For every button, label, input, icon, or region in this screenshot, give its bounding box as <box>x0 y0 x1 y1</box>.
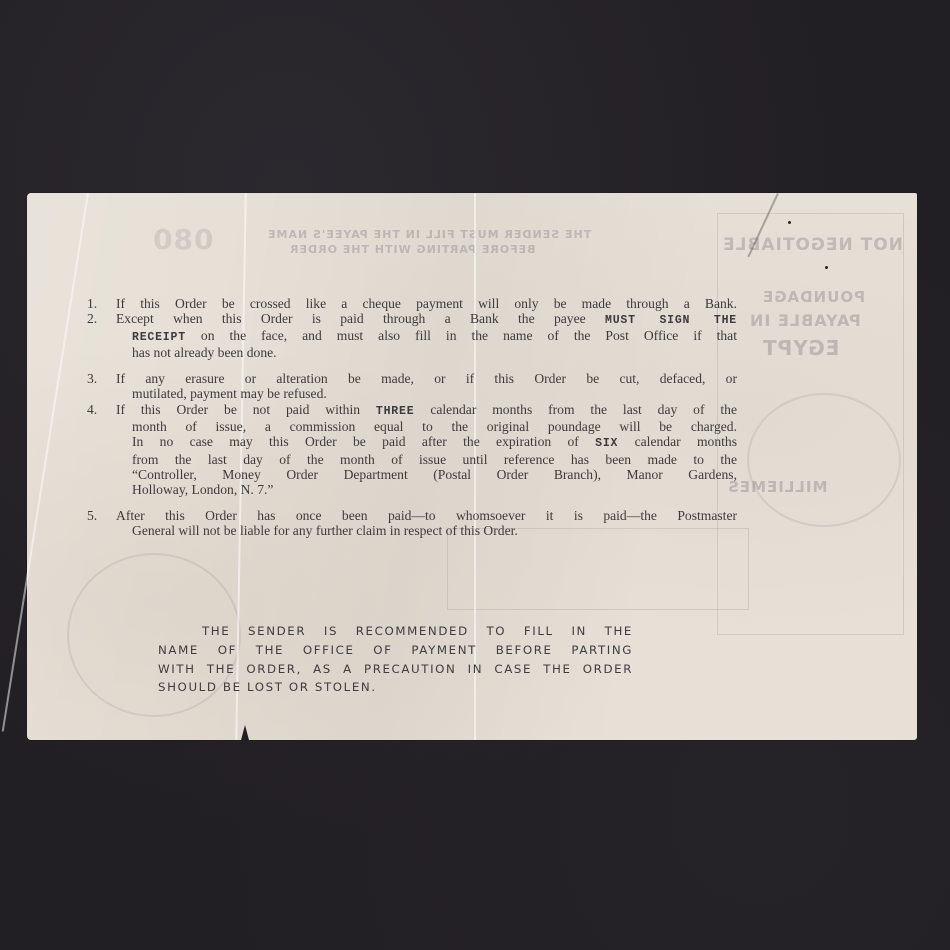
condition-text: If this Order be crossed like a cheque p… <box>87 296 737 311</box>
condition-text-part: on the face, and must also fill in the n… <box>201 328 737 343</box>
condition-text: month of issue, a commission equal to th… <box>87 419 737 434</box>
show-through-poundage: POUNDAGE <box>762 288 865 306</box>
condition-text: “Controller, Money Order Department (Pos… <box>87 467 737 482</box>
condition-text-part: Except when this Order is paid through a… <box>116 311 586 326</box>
condition-3: 3. If any erasure or alteration be made,… <box>87 371 717 401</box>
condition-text: Except when this Order is paid through a… <box>87 311 737 328</box>
condition-text-part: calendar months from the last day of the <box>430 402 737 417</box>
emphasis-must-sign: MUST SIGN THE <box>605 314 737 327</box>
condition-text: Holloway, London, N. 7.” <box>87 482 737 497</box>
condition-number: 2. <box>87 311 97 326</box>
condition-5: 5. After this Order has once been paid—t… <box>87 508 717 538</box>
condition-text: In no case may this Order be paid after … <box>87 434 737 451</box>
emphasis-three: THREE <box>376 405 415 418</box>
condition-text-part: In no case may this Order be paid after … <box>132 434 579 449</box>
condition-number: 3. <box>87 371 97 386</box>
show-through-frame-center <box>447 528 749 610</box>
condition-number: 4. <box>87 402 97 417</box>
show-through-crest-right <box>747 393 901 527</box>
edge-tear <box>241 725 249 740</box>
condition-text: has not already been done. <box>87 345 737 360</box>
ink-speck <box>788 221 791 224</box>
condition-text: mutilated, payment may be refused. <box>87 386 737 401</box>
condition-text-part: If this Order be not paid within <box>116 402 360 417</box>
notice-line: WITH THE ORDER, AS A PRECAUTION IN CASE … <box>158 660 633 679</box>
emphasis-receipt: RECEIPT <box>132 331 186 344</box>
show-through-top-line-2: BEFORE PARTING WITH THE ORDER <box>289 243 536 256</box>
condition-text: After this Order has once been paid—to w… <box>87 508 737 523</box>
show-through-egypt: EGYPT <box>762 336 839 360</box>
condition-number: 5. <box>87 508 97 523</box>
condition-text: If this Order be not paid within THREE c… <box>87 402 737 419</box>
condition-text: from the last day of the month of issue … <box>87 452 737 467</box>
condition-text-part: calendar months <box>635 434 737 449</box>
postal-order-reverse: 080 THE SENDER MUST FILL IN THE PAYEE'S … <box>27 193 917 740</box>
condition-number: 1. <box>87 296 97 311</box>
condition-text: RECEIPT on the face, and must also fill … <box>87 328 737 345</box>
sender-notice: THE SENDER IS RECOMMENDED TO FILL IN THE… <box>158 622 633 697</box>
show-through-payable-in: PAYABLE IN <box>749 311 861 330</box>
notice-line: NAME OF THE OFFICE OF PAYMENT BEFORE PAR… <box>158 641 633 660</box>
ink-speck <box>825 266 828 269</box>
condition-4: 4. If this Order be not paid within THRE… <box>87 402 717 497</box>
condition-text: General will not be liable for any furth… <box>87 523 737 538</box>
emphasis-six: SIX <box>595 437 618 450</box>
condition-2: 2. Except when this Order is paid throug… <box>87 311 717 361</box>
notice-line: SHOULD BE LOST OR STOLEN. <box>158 678 633 697</box>
show-through-top-line-1: THE SENDER MUST FILL IN THE PAYEE'S NAME <box>267 228 591 241</box>
notice-line: THE SENDER IS RECOMMENDED TO FILL IN THE <box>158 622 633 641</box>
show-through-serial: 080 <box>152 223 213 256</box>
show-through-milliemes: MILLIEMES <box>727 478 827 496</box>
condition-text: If any erasure or alteration be made, or… <box>87 371 737 386</box>
condition-1: 1. If this Order be crossed like a chequ… <box>87 296 717 311</box>
